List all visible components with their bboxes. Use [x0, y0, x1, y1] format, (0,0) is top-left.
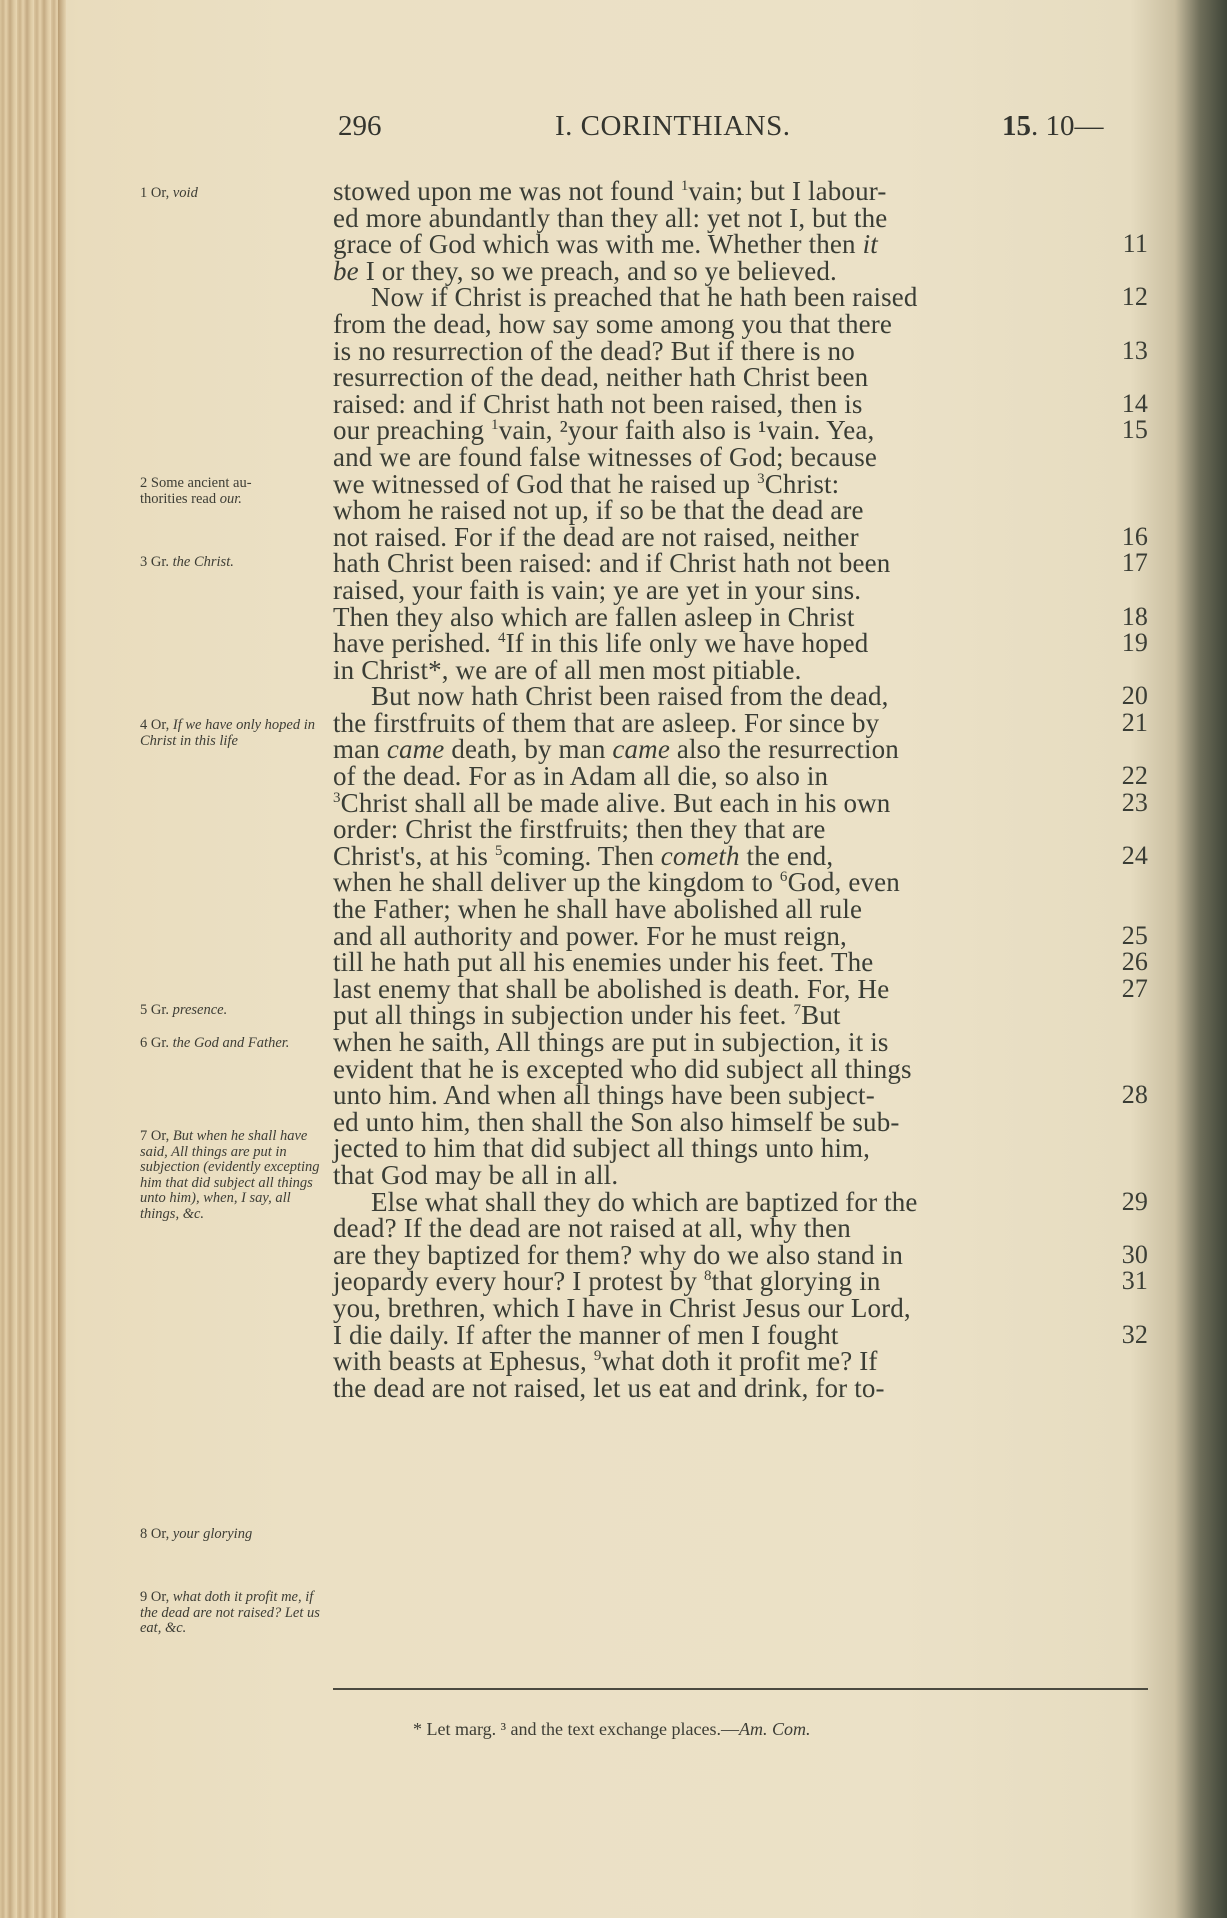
line-text: ed more abundantly than they all: yet no… — [333, 205, 887, 232]
text-line: till he hath put all his enemies under h… — [333, 949, 1148, 976]
footnote-text: Let marg. ³ and the text exchange places… — [422, 1719, 739, 1739]
margin-note-number: 4 — [140, 717, 151, 733]
line-text: till he hath put all his enemies under h… — [333, 949, 873, 976]
verse-range: . 10— — [1031, 110, 1104, 142]
italic-word: came — [387, 734, 445, 764]
page-number: 296 — [338, 110, 382, 143]
chapter-verse-reference: 15. 10— — [1002, 110, 1104, 143]
line-text: evident that he is excepted who did subj… — [333, 1056, 912, 1083]
text-line: and we are found false witnesses of God;… — [333, 444, 1148, 471]
italic-word: it — [863, 229, 878, 259]
line-text: from the dead, how say some among you th… — [333, 311, 892, 338]
line-text: man came death, by man came also the res… — [333, 736, 899, 763]
running-header: 296 I. CORINTHIANS. 15. 10— — [330, 110, 1110, 150]
footnote-source: Am. Com. — [739, 1719, 811, 1739]
verse-number: 16 — [1122, 524, 1148, 551]
margin-note-label: Gr. — [151, 1035, 173, 1051]
verse-number: 15 — [1122, 417, 1148, 444]
margin-note-text: thorities read — [140, 491, 220, 507]
text-line: ed more abundantly than they all: yet no… — [333, 205, 1148, 232]
text-line: when he shall deliver up the kingdom to … — [333, 869, 1148, 896]
verse-number: 31 — [1122, 1268, 1148, 1295]
line-text: our preaching 1vain, ²your faith also is… — [333, 417, 874, 444]
line-text: are they baptized for them? why do we al… — [333, 1242, 903, 1269]
margin-note-italic: our. — [220, 491, 242, 507]
margin-note-number: 8 — [140, 1526, 151, 1542]
margin-note-number: 5 — [140, 1002, 151, 1018]
text-line: when he saith, All things are put in sub… — [333, 1029, 1148, 1056]
text-line: in Christ*, we are of all men most pitia… — [333, 657, 1148, 684]
chapter-number: 15 — [1002, 110, 1031, 142]
verse-number: 22 — [1122, 763, 1148, 790]
verse-number: 29 — [1122, 1189, 1148, 1216]
line-text: be I or they, so we preach, and so ye be… — [333, 258, 837, 285]
margin-note-text: your glorying — [173, 1526, 252, 1542]
margin-note-label: Or, — [151, 185, 173, 201]
line-text: Then they also which are fallen asleep i… — [333, 604, 855, 631]
margin-note-number: 3 — [140, 554, 151, 570]
margin-note: 4 Or, If we have only hoped in Christ in… — [140, 718, 325, 749]
text-line: not raised. For if the dead are not rais… — [333, 524, 1148, 551]
text-line: have perished. 4If in this life only we … — [333, 630, 1148, 657]
verse-number: 21 — [1122, 710, 1148, 737]
text-line: Christ's, at his 5coming. Then cometh th… — [333, 843, 1148, 870]
verse-number: 11 — [1123, 231, 1148, 258]
margin-note-number: 9 — [140, 1589, 151, 1605]
text-line: resurrection of the dead, neither hath C… — [333, 364, 1148, 391]
text-line: you, brethren, which I have in Christ Je… — [333, 1295, 1148, 1322]
verse-number: 24 — [1122, 843, 1148, 870]
margin-note-label: Or, — [151, 1526, 173, 1542]
line-text: of the dead. For as in Adam all die, so … — [333, 763, 828, 790]
page-stack-shadow — [58, 0, 66, 1918]
text-line: that God may be all in all. — [333, 1162, 1148, 1189]
margin-note: 8 Or, your glorying — [140, 1527, 325, 1543]
italic-word: cometh — [661, 841, 740, 871]
italic-word: came — [612, 734, 670, 764]
verse-number: 23 — [1122, 790, 1148, 817]
text-line: are they baptized for them? why do we al… — [333, 1242, 1148, 1269]
margin-note-label: Gr. — [151, 554, 173, 570]
line-text: raised: and if Christ hath not been rais… — [333, 391, 863, 418]
verse-number: 25 — [1122, 923, 1148, 950]
line-text: you, brethren, which I have in Christ Je… — [333, 1295, 911, 1322]
text-line: last enemy that shall be abolished is de… — [333, 976, 1148, 1003]
text-line: Else what shall they do which are baptiz… — [333, 1189, 1148, 1216]
line-text: is no resurrection of the dead? But if t… — [333, 338, 855, 365]
text-line: with beasts at Ephesus, 9what doth it pr… — [333, 1348, 1148, 1375]
margin-note: 5 Gr. presence. — [140, 1003, 325, 1019]
line-text: stowed upon me was not found 1vain; but … — [333, 178, 886, 205]
text-line: hath Christ been raised: and if Christ h… — [333, 550, 1148, 577]
line-text: the dead are not raised, let us eat and … — [333, 1375, 885, 1402]
note-ref: 3 — [757, 471, 765, 487]
margin-note-label: Some ancient au- — [151, 475, 252, 491]
line-text: But now hath Christ been raised from the… — [333, 683, 889, 710]
margin-note-label: Gr. — [151, 1002, 173, 1018]
verse-number: 27 — [1122, 976, 1148, 1003]
book-title: I. CORINTHIANS. — [555, 110, 790, 143]
footnote-rule — [333, 1688, 1148, 1690]
line-text: have perished. 4If in this life only we … — [333, 630, 868, 657]
text-line: But now hath Christ been raised from the… — [333, 683, 1148, 710]
note-ref: 4 — [498, 630, 506, 646]
line-text: we witnessed of God that he raised up 3C… — [333, 471, 839, 498]
line-text: hath Christ been raised: and if Christ h… — [333, 550, 890, 577]
verse-number: 13 — [1122, 338, 1148, 365]
note-ref: 6 — [780, 869, 788, 885]
text-line: Then they also which are fallen asleep i… — [333, 604, 1148, 631]
margin-note-label: Or, — [151, 1589, 173, 1605]
line-text: Else what shall they do which are baptiz… — [333, 1189, 918, 1216]
line-text: ed unto him, then shall the Son also him… — [333, 1109, 899, 1136]
line-text: not raised. For if the dead are not rais… — [333, 524, 859, 551]
margin-note: 3 Gr. the Christ. — [140, 555, 325, 571]
note-ref: 9 — [594, 1348, 602, 1364]
text-line: and all authority and power. For he must… — [333, 923, 1148, 950]
text-line: unto him. And when all things have been … — [333, 1082, 1148, 1109]
margin-note-label: Or, — [151, 717, 173, 733]
line-text: resurrection of the dead, neither hath C… — [333, 364, 868, 391]
verse-number: 14 — [1122, 391, 1148, 418]
line-text: unto him. And when all things have been … — [333, 1082, 875, 1109]
line-text: order: Christ the firstfruits; then they… — [333, 816, 825, 843]
page-stack-edge — [0, 0, 62, 1918]
verse-number: 32 — [1122, 1322, 1148, 1349]
margin-note-number: 6 — [140, 1035, 151, 1051]
line-text: dead? If the dead are not raised at all,… — [333, 1215, 851, 1242]
note-ref: 8 — [704, 1268, 712, 1284]
margin-note-text: presence. — [173, 1002, 228, 1018]
verse-number: 18 — [1122, 604, 1148, 631]
line-text: raised, your faith is vain; ye are yet i… — [333, 577, 861, 604]
verse-number: 30 — [1122, 1242, 1148, 1269]
text-line: put all things in subjection under his f… — [333, 1002, 1148, 1029]
note-ref: 3 — [333, 790, 341, 806]
line-text: grace of God which was with me. Whether … — [333, 231, 878, 258]
text-line: 3Christ shall all be made alive. But eac… — [333, 790, 1148, 817]
line-text: 3Christ shall all be made alive. But eac… — [333, 790, 890, 817]
text-line: dead? If the dead are not raised at all,… — [333, 1215, 1148, 1242]
book-page: 296 I. CORINTHIANS. 15. 10— stowed upon … — [0, 0, 1227, 1918]
note-ref: 1 — [681, 178, 689, 194]
line-text: last enemy that shall be abolished is de… — [333, 976, 889, 1003]
margin-note: 1 Or, void — [140, 186, 325, 202]
line-text: Christ's, at his 5coming. Then cometh th… — [333, 843, 833, 870]
line-text: I die daily. If after the manner of men … — [333, 1322, 839, 1349]
line-text: whom he raised not up, if so be that the… — [333, 497, 864, 524]
text-line: raised: and if Christ hath not been rais… — [333, 391, 1148, 418]
note-ref: 1 — [491, 417, 499, 433]
line-text: that God may be all in all. — [333, 1162, 618, 1189]
text-line: stowed upon me was not found 1vain; but … — [333, 178, 1148, 205]
line-text: with beasts at Ephesus, 9what doth it pr… — [333, 1348, 878, 1375]
text-line: the firstfruits of them that are asleep.… — [333, 710, 1148, 737]
text-line: be I or they, so we preach, and so ye be… — [333, 258, 1148, 285]
line-text: when he saith, All things are put in sub… — [333, 1029, 889, 1056]
text-line: is no resurrection of the dead? But if t… — [333, 338, 1148, 365]
line-text: when he shall deliver up the kingdom to … — [333, 869, 900, 896]
text-line: from the dead, how say some among you th… — [333, 311, 1148, 338]
italic-word: be — [333, 256, 359, 286]
margin-note-number: 1 — [140, 185, 151, 201]
text-line: man came death, by man came also the res… — [333, 736, 1148, 763]
text-line: grace of God which was with me. Whether … — [333, 231, 1148, 258]
margin-note-text: the Christ. — [173, 554, 234, 570]
verse-number: 17 — [1122, 550, 1148, 577]
margin-note: 2 Some ancient au- thorities read our. — [140, 476, 325, 507]
verse-number: 19 — [1122, 630, 1148, 657]
text-line: of the dead. For as in Adam all die, so … — [333, 763, 1148, 790]
text-line: Now if Christ is preached that he hath b… — [333, 284, 1148, 311]
margin-note-text: the God and Father. — [173, 1035, 290, 1051]
verse-number: 28 — [1122, 1082, 1148, 1109]
margin-note: 7 Or, But when he shall have said, All t… — [140, 1129, 325, 1222]
main-text-column: stowed upon me was not found 1vain; but … — [333, 178, 1148, 1401]
verse-number: 20 — [1122, 683, 1148, 710]
text-line: jeopardy every hour? I protest by 8that … — [333, 1268, 1148, 1295]
line-text: and we are found false witnesses of God;… — [333, 444, 877, 471]
footnote: * Let marg. ³ and the text exchange plac… — [413, 1719, 810, 1740]
text-line: I die daily. If after the manner of men … — [333, 1322, 1148, 1349]
margin-note: 6 Gr. the God and Father. — [140, 1036, 325, 1052]
text-line: raised, your faith is vain; ye are yet i… — [333, 577, 1148, 604]
text-line: our preaching 1vain, ²your faith also is… — [333, 417, 1148, 444]
text-line: the dead are not raised, let us eat and … — [333, 1375, 1148, 1402]
margin-note: 9 Or, what doth it profit me, if the dea… — [140, 1590, 325, 1637]
text-line: we witnessed of God that he raised up 3C… — [333, 471, 1148, 498]
line-text: Now if Christ is preached that he hath b… — [333, 284, 918, 311]
margin-note-text: void — [173, 185, 198, 201]
verse-number: 12 — [1122, 284, 1148, 311]
verse-number: 26 — [1122, 949, 1148, 976]
line-text: in Christ*, we are of all men most pitia… — [333, 657, 802, 684]
footnote-marker: * — [413, 1719, 422, 1739]
text-line: jected to him that did subject all thing… — [333, 1135, 1148, 1162]
text-line: the Father; when he shall have abolished… — [333, 896, 1148, 923]
text-line: ed unto him, then shall the Son also him… — [333, 1109, 1148, 1136]
text-line: whom he raised not up, if so be that the… — [333, 497, 1148, 524]
line-text: jected to him that did subject all thing… — [333, 1135, 870, 1162]
margin-note-number: 2 — [140, 475, 151, 491]
line-text: the firstfruits of them that are asleep.… — [333, 710, 879, 737]
margin-note-label: Or, — [151, 1128, 173, 1144]
line-text: the Father; when he shall have abolished… — [333, 896, 862, 923]
note-ref: 5 — [495, 843, 503, 859]
line-text: jeopardy every hour? I protest by 8that … — [333, 1268, 881, 1295]
note-ref: 7 — [793, 1002, 801, 1018]
line-text: put all things in subjection under his f… — [333, 1002, 841, 1029]
margin-note-number: 7 — [140, 1128, 151, 1144]
text-line: order: Christ the firstfruits; then they… — [333, 816, 1148, 843]
text-line: evident that he is excepted who did subj… — [333, 1056, 1148, 1083]
line-text: and all authority and power. For he must… — [333, 923, 847, 950]
